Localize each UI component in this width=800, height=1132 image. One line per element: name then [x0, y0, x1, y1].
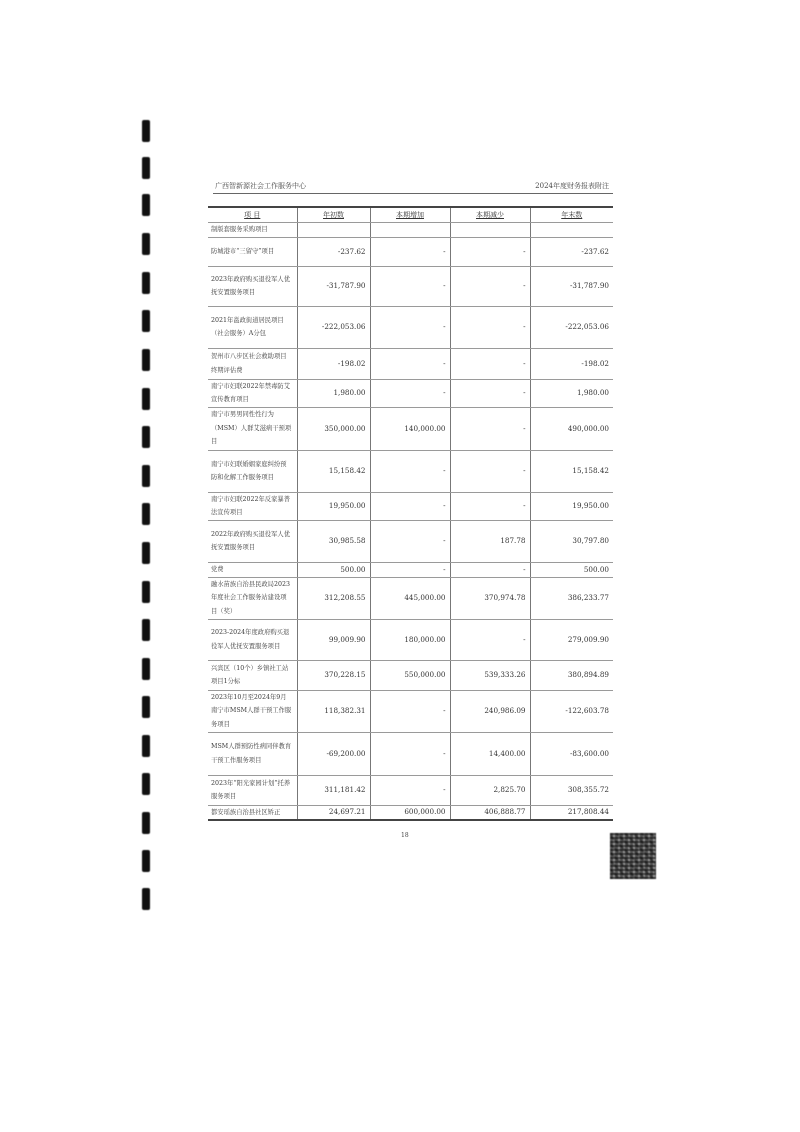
table-header-row: 项 目 年初数 本期增加 本期减少 年末数 [208, 207, 613, 223]
opening-balance-cell: -69,200.00 [297, 732, 370, 775]
project-name-cell: 南宁市妇联婚姻家庭纠纷预防和化解工作服务项目 [208, 450, 297, 492]
binding-hole-mark [142, 542, 150, 564]
binding-hole-mark [142, 426, 150, 448]
increase-cell: 445,000.00 [370, 577, 450, 619]
opening-balance-cell: 350,000.00 [297, 407, 370, 450]
table-row: 2023-2024年度政府购买退役军人优抚安置服务项目99,009.90180,… [208, 619, 613, 660]
table-row: 兴宾区（10个）乡镇社工站项目1分标370,228.15550,000.0053… [208, 660, 613, 690]
project-name-cell: 防城港市“三留守”项目 [208, 237, 297, 266]
binding-hole-mark [142, 272, 150, 294]
increase-cell: 600,000.00 [370, 805, 450, 820]
closing-balance-cell: -83,600.00 [530, 732, 613, 775]
opening-balance-cell: 312,208.55 [297, 577, 370, 619]
increase-cell: - [370, 492, 450, 520]
increase-cell: - [370, 775, 450, 805]
project-name-cell: 贺州市八步区社会救助项目终期评估费 [208, 348, 297, 379]
opening-balance-cell: 24,697.21 [297, 805, 370, 820]
table-row: 2023年10月至2024年9月南宁市MSM人群干预工作服务项目118,382.… [208, 690, 613, 732]
project-name-cell: 2023年政府购买退役军人优抚安置服务项目 [208, 266, 297, 306]
project-name-cell: 2022年政府购买退役军人优抚安置服务项目 [208, 520, 297, 562]
binding-hole-mark [142, 503, 150, 525]
decrease-cell: - [450, 379, 530, 407]
opening-balance-cell: -237.62 [297, 237, 370, 266]
increase-cell: - [370, 732, 450, 775]
project-name-cell: 2023年10月至2024年9月南宁市MSM人群干预工作服务项目 [208, 690, 297, 732]
table-row: 2023年政府购买退役军人优抚安置服务项目-31,787.90---31,787… [208, 266, 613, 306]
opening-balance-cell: 19,950.00 [297, 492, 370, 520]
opening-balance-cell: -222,053.06 [297, 306, 370, 348]
page-number: 18 [401, 832, 409, 839]
increase-cell: - [370, 348, 450, 379]
increase-cell: 140,000.00 [370, 407, 450, 450]
closing-balance-cell: 279,009.90 [530, 619, 613, 660]
table-row: 防城港市“三留守”项目-237.62---237.62 [208, 237, 613, 266]
opening-balance-cell: 99,009.90 [297, 619, 370, 660]
binding-hole-mark [142, 812, 150, 834]
binding-hole-mark [142, 233, 150, 255]
binding-hole-mark [142, 735, 150, 757]
project-name-cell: 都安瑶族自治县社区矫正 [208, 805, 297, 820]
opening-balance-cell: 30,985.58 [297, 520, 370, 562]
closing-balance-cell: 386,233.77 [530, 577, 613, 619]
project-name-cell: 南宁市妇联2022年反家暴普法宣传项目 [208, 492, 297, 520]
project-name-cell: 2023年“阳光家园计划”托养服务项目 [208, 775, 297, 805]
opening-balance-cell: -198.02 [297, 348, 370, 379]
binding-hole-mark [142, 658, 150, 680]
closing-balance-cell: 30,797.80 [530, 520, 613, 562]
decrease-cell: - [450, 492, 530, 520]
closing-balance-cell: 15,158.42 [530, 450, 613, 492]
opening-balance-cell: 15,158.42 [297, 450, 370, 492]
project-name-cell: 融水苗族自治县民政局2023年度社会工作服务站建设项目（奖） [208, 577, 297, 619]
financial-notes-table: 项 目 年初数 本期增加 本期减少 年末数 制版套服务采购项目防城港市“三留守”… [208, 206, 613, 821]
increase-cell [370, 223, 450, 238]
binding-hole-mark [142, 465, 150, 487]
binding-hole-mark [142, 581, 150, 603]
opening-balance-cell: 500.00 [297, 562, 370, 577]
project-name-cell: 2023-2024年度政府购买退役军人优抚安置服务项目 [208, 619, 297, 660]
opening-balance-cell: 118,382.31 [297, 690, 370, 732]
table-row: 南宁市男男同性性行为（MSM）人群艾滋病干预项目350,000.00140,00… [208, 407, 613, 450]
increase-cell: - [370, 237, 450, 266]
table-row: 2023年“阳光家园计划”托养服务项目311,181.42-2,825.7030… [208, 775, 613, 805]
closing-balance-cell: -222,053.06 [530, 306, 613, 348]
column-header-closing: 年末数 [530, 207, 613, 223]
binding-hole-mark [142, 310, 150, 332]
decrease-cell: 406,888.77 [450, 805, 530, 820]
closing-balance-cell: -122,603.78 [530, 690, 613, 732]
column-header-increase: 本期增加 [370, 207, 450, 223]
decrease-cell: - [450, 237, 530, 266]
table-row: 南宁市妇联2022年禁毒防艾宣传教育项目1,980.00--1,980.00 [208, 379, 613, 407]
table-row: 南宁市妇联2022年反家暴普法宣传项目19,950.00--19,950.00 [208, 492, 613, 520]
decrease-cell: 240,986.09 [450, 690, 530, 732]
opening-balance-cell: -31,787.90 [297, 266, 370, 306]
table-row: 都安瑶族自治县社区矫正24,697.21600,000.00406,888.77… [208, 805, 613, 820]
closing-balance-cell: 217,808.44 [530, 805, 613, 820]
closing-balance-cell: -31,787.90 [530, 266, 613, 306]
table-row: 2021年邕政街道居民项目（社会服务）A分包-222,053.06---222,… [208, 306, 613, 348]
table-row: 制版套服务采购项目 [208, 223, 613, 238]
project-name-cell: 兴宾区（10个）乡镇社工站项目1分标 [208, 660, 297, 690]
increase-cell: - [370, 266, 450, 306]
opening-balance-cell: 1,980.00 [297, 379, 370, 407]
page-header: 广西智新源社会工作服务中心 2024年度财务报表附注 [213, 179, 613, 194]
increase-cell: - [370, 520, 450, 562]
binding-hole-mark [142, 696, 150, 718]
project-name-cell: 制版套服务采购项目 [208, 223, 297, 238]
increase-cell: - [370, 562, 450, 577]
decrease-cell: - [450, 306, 530, 348]
binding-hole-mark [142, 194, 150, 216]
closing-balance-cell: -198.02 [530, 348, 613, 379]
decrease-cell [450, 223, 530, 238]
report-title: 2024年度财务报表附注 [535, 181, 609, 191]
decrease-cell: 2,825.70 [450, 775, 530, 805]
column-header-decrease: 本期减少 [450, 207, 530, 223]
decrease-cell: - [450, 450, 530, 492]
binding-hole-mark [142, 888, 150, 910]
increase-cell: 180,000.00 [370, 619, 450, 660]
opening-balance-cell [297, 223, 370, 238]
increase-cell: - [370, 306, 450, 348]
decrease-cell: - [450, 407, 530, 450]
decrease-cell: 370,974.78 [450, 577, 530, 619]
organization-name: 广西智新源社会工作服务中心 [215, 181, 306, 191]
increase-cell: - [370, 379, 450, 407]
binding-hole-mark [142, 120, 150, 142]
increase-cell: - [370, 690, 450, 732]
binding-hole-mark [142, 157, 150, 179]
closing-balance-cell: 380,894.89 [530, 660, 613, 690]
increase-cell: 550,000.00 [370, 660, 450, 690]
decrease-cell: 539,333.26 [450, 660, 530, 690]
table-row: MSM人群预防性病同伴教育干预工作服务项目-69,200.00-14,400.0… [208, 732, 613, 775]
increase-cell: - [370, 450, 450, 492]
table-row: 党费500.00--500.00 [208, 562, 613, 577]
project-name-cell: 2021年邕政街道居民项目（社会服务）A分包 [208, 306, 297, 348]
binding-hole-mark [142, 773, 150, 795]
decrease-cell: - [450, 562, 530, 577]
column-header-item: 项 目 [208, 207, 297, 223]
decrease-cell: - [450, 348, 530, 379]
table-row: 融水苗族自治县民政局2023年度社会工作服务站建设项目（奖）312,208.55… [208, 577, 613, 619]
closing-balance-cell: 308,355.72 [530, 775, 613, 805]
project-name-cell: 南宁市妇联2022年禁毒防艾宣传教育项目 [208, 379, 297, 407]
project-name-cell: 南宁市男男同性性行为（MSM）人群艾滋病干预项目 [208, 407, 297, 450]
table-row: 南宁市妇联婚姻家庭纠纷预防和化解工作服务项目15,158.42--15,158.… [208, 450, 613, 492]
opening-balance-cell: 311,181.42 [297, 775, 370, 805]
project-name-cell: 党费 [208, 562, 297, 577]
closing-balance-cell: 19,950.00 [530, 492, 613, 520]
closing-balance-cell [530, 223, 613, 238]
closing-balance-cell: 1,980.00 [530, 379, 613, 407]
binding-hole-mark [142, 619, 150, 641]
decrease-cell: 14,400.00 [450, 732, 530, 775]
closing-balance-cell: 500.00 [530, 562, 613, 577]
binding-hole-mark [142, 850, 150, 872]
qr-code-icon [610, 833, 656, 879]
binding-hole-mark [142, 349, 150, 371]
project-name-cell: MSM人群预防性病同伴教育干预工作服务项目 [208, 732, 297, 775]
decrease-cell: - [450, 619, 530, 660]
decrease-cell: - [450, 266, 530, 306]
decrease-cell: 187.78 [450, 520, 530, 562]
binding-hole-mark [142, 388, 150, 410]
closing-balance-cell: 490,000.00 [530, 407, 613, 450]
table-row: 贺州市八步区社会救助项目终期评估费-198.02---198.02 [208, 348, 613, 379]
table-row: 2022年政府购买退役军人优抚安置服务项目30,985.58-187.7830,… [208, 520, 613, 562]
column-header-opening: 年初数 [297, 207, 370, 223]
closing-balance-cell: -237.62 [530, 237, 613, 266]
opening-balance-cell: 370,228.15 [297, 660, 370, 690]
